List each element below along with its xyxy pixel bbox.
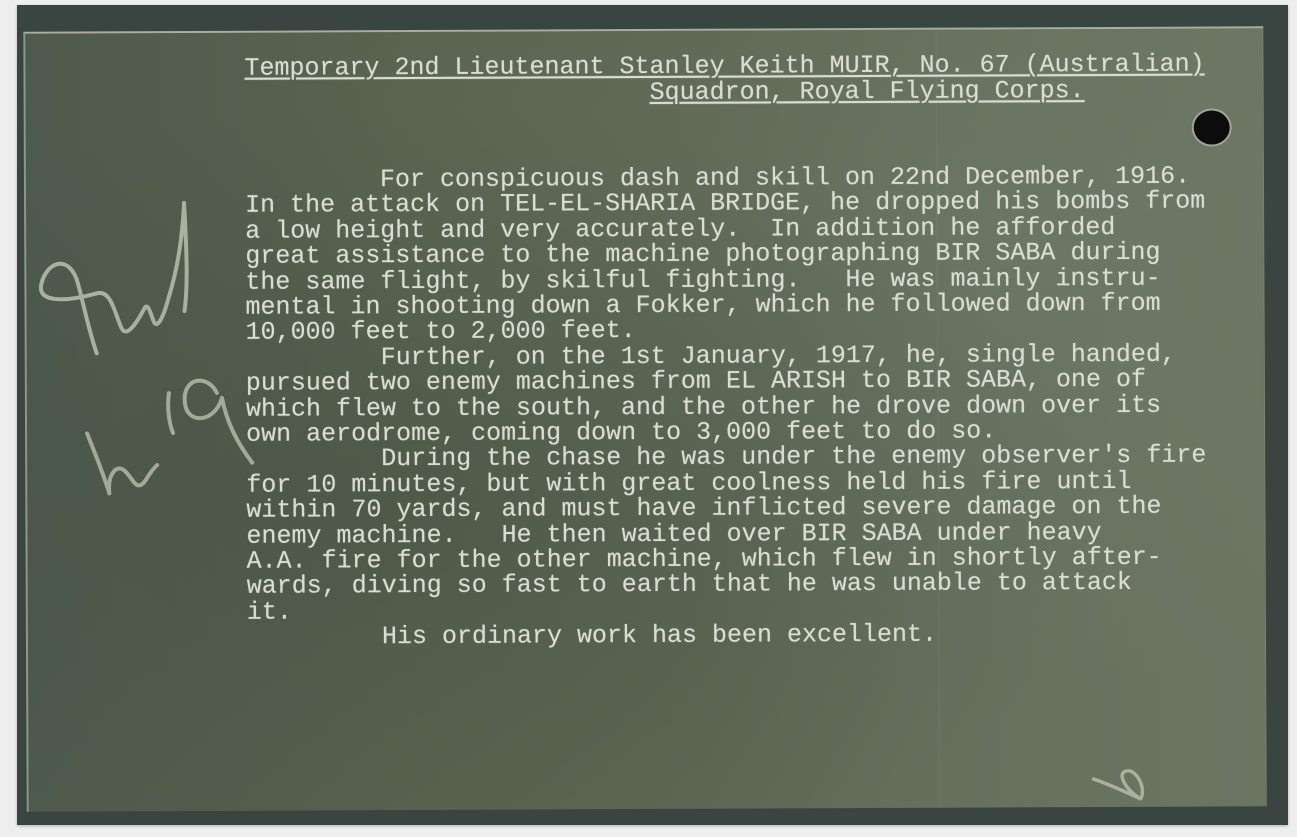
initials-annotation	[36, 183, 237, 374]
citation-line: His ordinary work has been excellent.	[382, 622, 937, 650]
corner-mark	[1088, 759, 1158, 804]
date-annotation	[67, 353, 258, 504]
citation-line: wards, diving so fast to earth that he w…	[247, 570, 1132, 599]
heading-line-2: Squadron, Royal Flying Corps.	[650, 78, 1085, 105]
citation-line: it.	[247, 599, 292, 625]
punch-hole	[1194, 110, 1230, 144]
citation-line: mental in shooting down a Fokker, which …	[245, 291, 1160, 320]
document-sheet: Temporary 2nd Lieutenant Stanley Keith M…	[23, 26, 1266, 811]
